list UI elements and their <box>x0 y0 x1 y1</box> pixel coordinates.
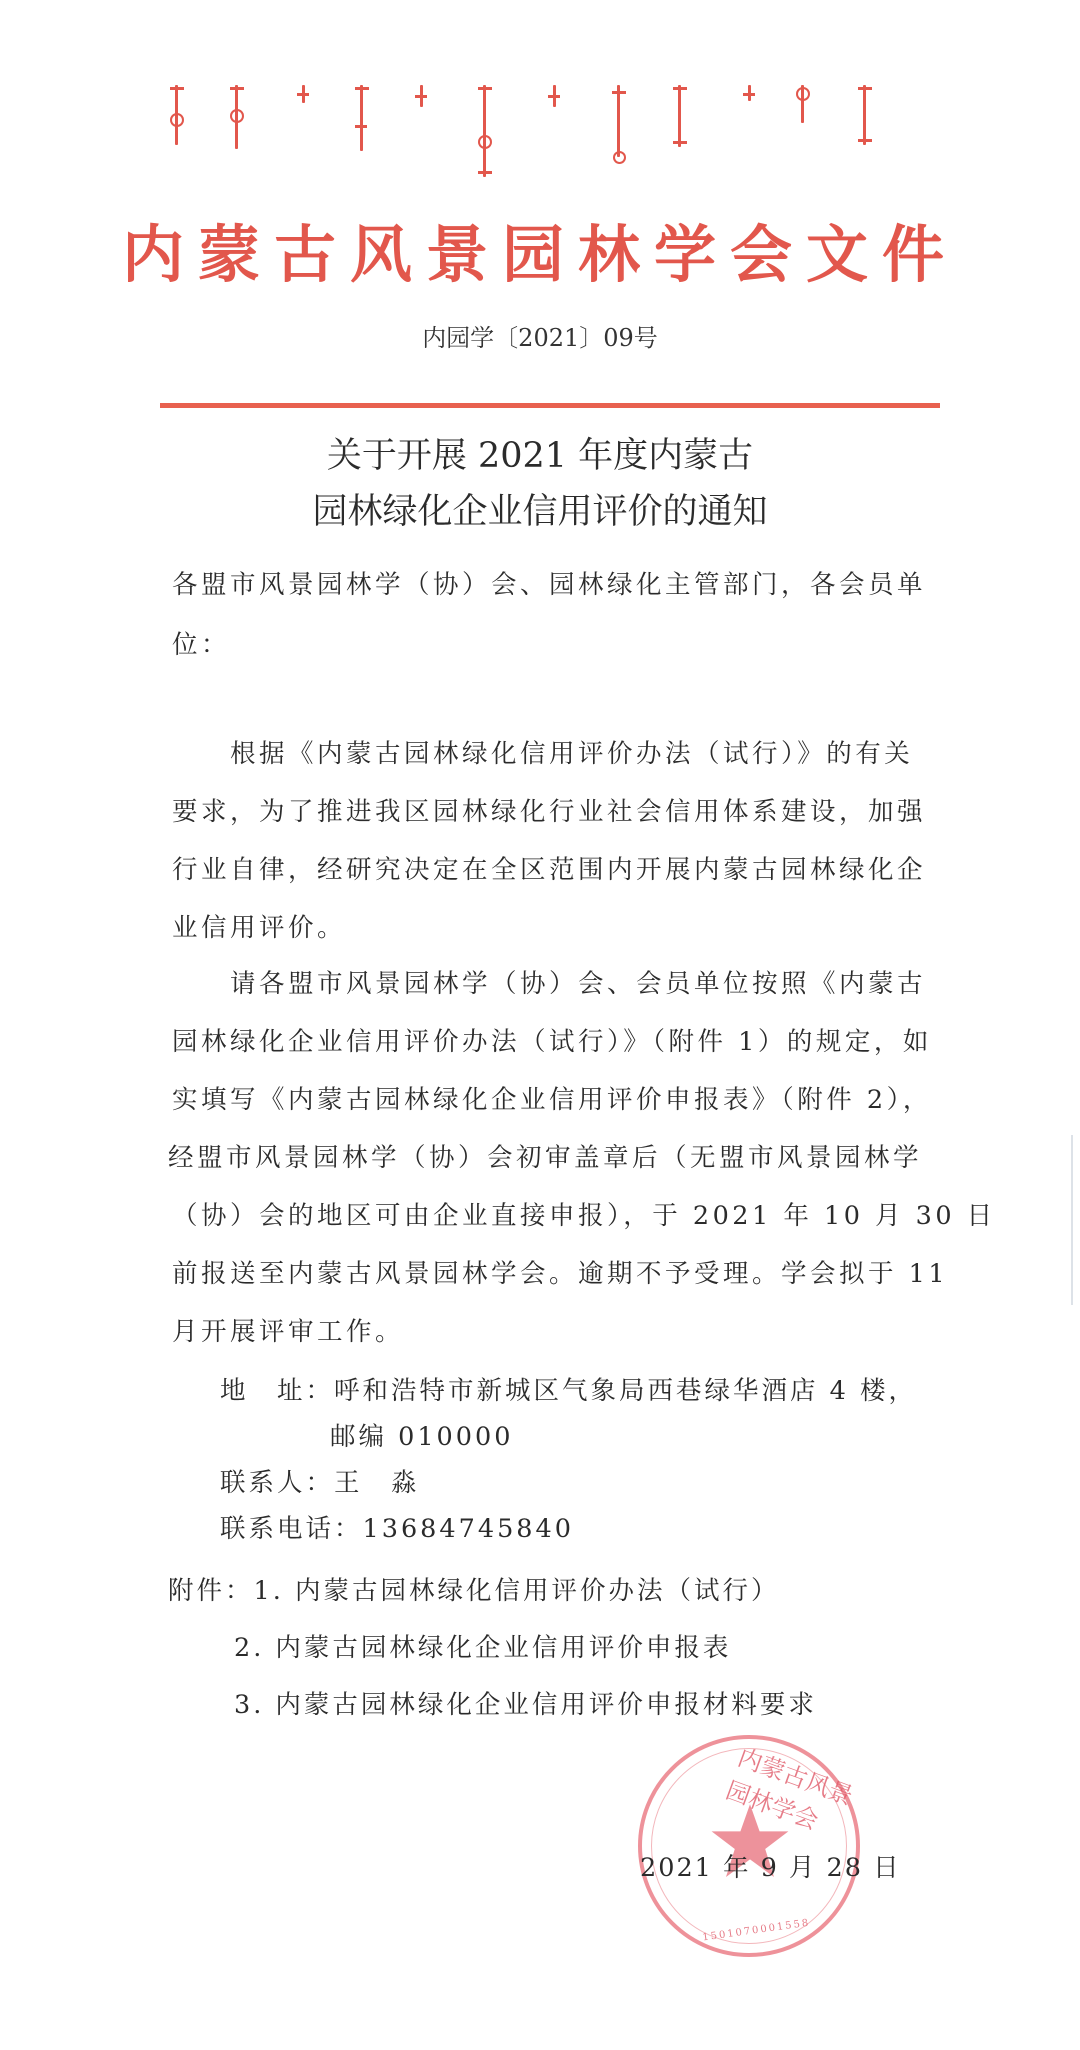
contact-person-label: 联系人： <box>220 1468 334 1498</box>
salutation-line: 各盟市风景园林学（协）会、园林绿化主管部门，各会员单 <box>172 555 924 615</box>
postcode: 邮编 010000 <box>220 1414 917 1460</box>
signature-date: 2021 年 9 月 28 日 <box>640 1848 901 1884</box>
phone-row: 联系电话：13684745840 <box>220 1506 917 1552</box>
paragraph-line: 行业自律，经研究决定在全区范围内开展内蒙古园林绿化企 <box>172 841 924 899</box>
attachment-title: 1. 内蒙古园林绿化信用评价办法（试行） <box>254 1576 780 1606</box>
attachments-label: 附件： <box>168 1576 254 1606</box>
contact-person-row: 联系人：王 淼 <box>220 1460 917 1506</box>
attachments: 附件：1. 内蒙古园林绿化信用评价办法（试行） 2. 内蒙古园林绿化企业信用评价… <box>168 1563 817 1734</box>
salutation: 各盟市风景园林学（协）会、园林绿化主管部门，各会员单 位： <box>172 555 924 675</box>
paragraph-line: 业信用评价。 <box>172 899 924 957</box>
document-number: 内园学〔2021〕09号 <box>0 318 1080 353</box>
notice-title-line-2: 园林绿化企业信用评价的通知 <box>0 484 1080 540</box>
official-seal: 内蒙古风景园林学会 1501070001558 <box>638 1735 860 1957</box>
paragraph-line: 根据《内蒙古园林绿化信用评价办法（试行）》的有关 <box>172 725 924 783</box>
paragraph-1: 根据《内蒙古园林绿化信用评价办法（试行）》的有关 要求，为了推进我区园林绿化行业… <box>172 725 924 957</box>
contact-info: 地 址：呼和浩特市新城区气象局西巷绿华酒店 4 楼， 邮编 010000 联系人… <box>220 1368 917 1552</box>
scan-artifact-line <box>1071 1135 1073 1305</box>
paragraph-line: 要求，为了推进我区园林绿化行业社会信用体系建设，加强 <box>172 783 924 841</box>
paragraph-line: 月开展评审工作。 <box>172 1303 924 1361</box>
paragraph-2: 请各盟市风景园林学（协）会、会员单位按照《内蒙古 园林绿化企业信用评价办法（试行… <box>172 955 924 1361</box>
paragraph-line: 前报送至内蒙古风景园林学会。逾期不予受理。学会拟于 11 <box>172 1245 924 1303</box>
address-row: 地 址：呼和浩特市新城区气象局西巷绿华酒店 4 楼， <box>220 1368 917 1414</box>
address-value: 呼和浩特市新城区气象局西巷绿华酒店 4 楼， <box>334 1376 917 1406</box>
phone-label: 联系电话： <box>220 1514 363 1544</box>
notice-title: 关于开展 2021 年度内蒙古 园林绿化企业信用评价的通知 <box>0 428 1080 540</box>
address-label: 地 址： <box>220 1376 334 1406</box>
attachment-item: 2. 内蒙古园林绿化企业信用评价申报表 <box>168 1620 817 1677</box>
paragraph-line: （协）会的地区可由企业直接申报），于 2021 年 10 月 30 日 <box>172 1187 924 1245</box>
paragraph-line: 请各盟市风景园林学（协）会、会员单位按照《内蒙古 <box>172 955 924 1013</box>
attachment-item: 3. 内蒙古园林绿化企业信用评价申报材料要求 <box>168 1677 817 1734</box>
notice-title-line-1: 关于开展 2021 年度内蒙古 <box>0 428 1080 484</box>
salutation-line: 位： <box>172 615 924 675</box>
red-divider <box>160 403 940 408</box>
contact-person-value: 王 淼 <box>334 1468 420 1498</box>
paragraph-line: 经盟市风景园林学（协）会初审盖章后（无盟市风景园林学 <box>168 1129 924 1187</box>
organization-title: 内蒙古风景园林学会文件 <box>0 205 1080 294</box>
phone-value: 13684745840 <box>363 1514 574 1544</box>
attachment-item: 附件：1. 内蒙古园林绿化信用评价办法（试行） <box>168 1563 817 1620</box>
mongolian-header-script <box>170 85 920 175</box>
paragraph-line: 园林绿化企业信用评价办法（试行）》（附件 1）的规定，如 <box>172 1013 924 1071</box>
paragraph-line: 实填写《内蒙古园林绿化企业信用评价申报表》（附件 2）， <box>172 1071 924 1129</box>
